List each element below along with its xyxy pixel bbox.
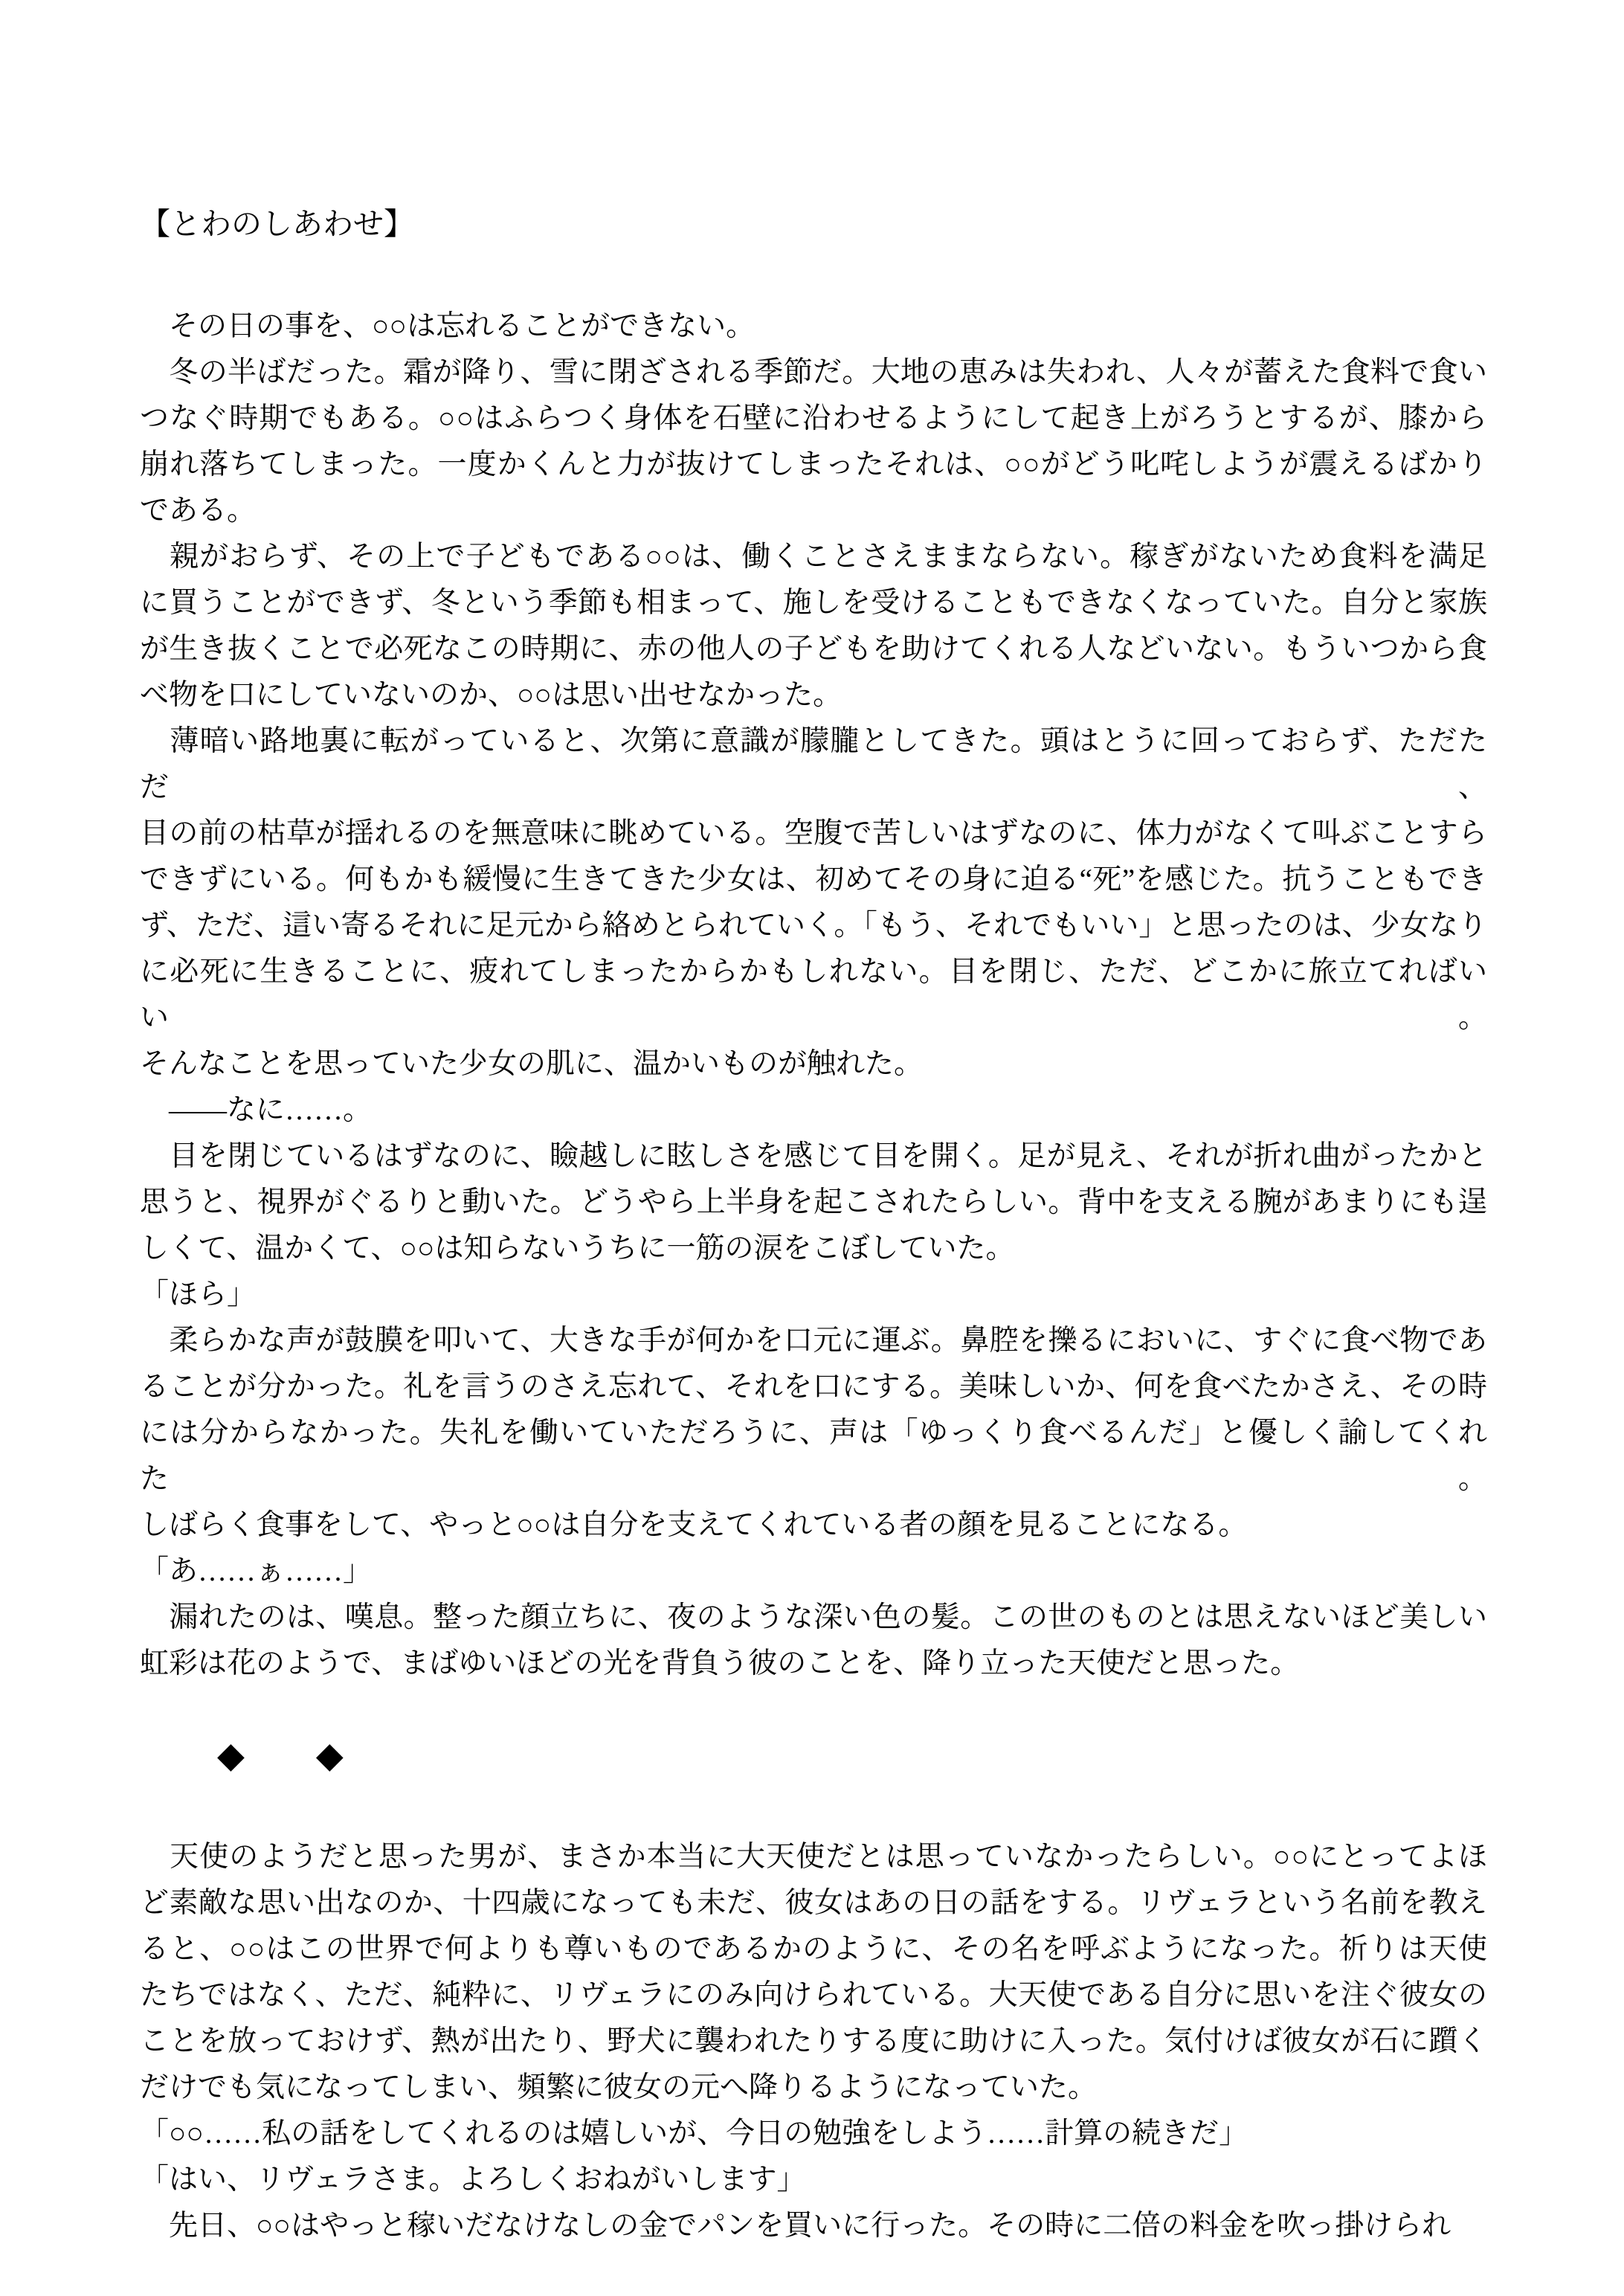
text-line: 「○○……私の話をしてくれるのは嬉しいが、今日の勉強をしよう……計算の続きだ」 [140,2111,1487,2157]
text-line: 親がおらず、その上で子どもである○○は、働くことさえままならない。稼ぎがないため… [140,534,1487,580]
text-line: しばらく食事をして、やっと○○は自分を支えてくれている者の顔を見ることになる。 [140,1502,1487,1549]
text-line: ど素敵な思い出なのか、十四歳になっても未だ、彼女はあの日の話をする。リヴェラとい… [140,1880,1487,1926]
text-line: 「ほら」 [140,1272,1487,1318]
text-line: ――なに……。 [140,1087,1487,1133]
text-line: ると、○○はこの世界で何よりも尊いものであるかのように、その名を呼ぶようになった… [140,1926,1487,1972]
text-line: ず、ただ、這い寄るそれに足元から絡めとられていく。「もう、それでもいい」と思った… [140,903,1487,949]
text-line: 目を閉じているはずなのに、瞼越しに眩しさを感じて目を開く。足が見え、それが折れ曲… [140,1133,1487,1180]
text-line: 目の前の枯草が揺れるのを無意味に眺めている。空腹で苦しいはずなのに、体力がなくて… [140,811,1487,857]
text-line: ことを放っておけず、熱が出たり、野犬に襲われたりする度に助けに入った。気付けば彼… [140,2019,1487,2065]
text-line: 「はい、リヴェラさま。よろしくおねがいします」 [140,2157,1487,2203]
text-line: つなぐ時期でもある。○○はふらつく身体を石壁に沿わせるようにして起き上がろうとす… [140,396,1487,442]
text-line: に必死に生きることに、疲れてしまったからかもしれない。目を閉じ、ただ、どこかに旅… [140,949,1487,1041]
text-line: 崩れ落ちてしまった。一度かくんと力が抜けてしまったそれは、○○がどう叱咤しようが… [140,442,1487,488]
text-line: そんなことを思っていた少女の肌に、温かいものが触れた。 [140,1041,1487,1087]
section-separator-diamonds: ◆ ◆ [140,1730,1487,1782]
text-line: 「あ……ぁ……」 [140,1549,1487,1595]
text-line: である。 [140,488,1487,534]
text-line: べ物を口にしていないのか、○○は思い出せなかった。 [140,672,1487,718]
text-line: 柔らかな声が鼓膜を叩いて、大きな手が何かを口元に運ぶ。鼻腔を擽るにおいに、すぐに… [140,1318,1487,1364]
text-line: が生き抜くことで必死なこの時期に、赤の他人の子どもを助けてくれる人などいない。も… [140,626,1487,672]
text-line: 薄暗い路地裏に転がっていると、次第に意識が朦朧としてきた。頭はとうに回っておらず… [140,718,1487,811]
document-body: その日の事を、○○は忘れることができない。 冬の半ばだった。霜が降り、雪に閉ざさ… [140,303,1487,2249]
story-title: 【とわのしあわせ】 [140,201,1487,247]
text-line: 冬の半ばだった。霜が降り、雪に閉ざされる季節だ。大地の恵みは失われ、人々が蓄えた… [140,350,1487,396]
text-line: できずにいる。何もかも緩慢に生きてきた少女は、初めてその身に迫る“死”を感じた。… [140,857,1487,903]
text-line: 思うと、視界がぐるりと動いた。どうやら上半身を起こされたらしい。背中を支える腕が… [140,1180,1487,1226]
text-line: ることが分かった。礼を言うのさえ忘れて、それを口にする。美味しいか、何を食べたか… [140,1364,1487,1410]
text-line: だけでも気になってしまい、頻繁に彼女の元へ降りるようになっていた。 [140,2065,1487,2111]
text-line: 漏れたのは、嘆息。整った顔立ちに、夜のような深い色の髪。この世のものとは思えない… [140,1595,1487,1641]
text-line: には分からなかった。失礼を働いていただろうに、声は「ゆっくり食べるんだ」と優しく… [140,1410,1487,1502]
text-line: その日の事を、○○は忘れることができない。 [140,303,1487,350]
text-line: 天使のようだと思った男が、まさか本当に大天使だとは思っていなかったらしい。○○に… [140,1834,1487,1880]
text-line: しくて、温かくて、○○は知らないうちに一筋の涙をこぼしていた。 [140,1226,1487,1272]
text-line: に買うことができず、冬という季節も相まって、施しを受けることもできなくなっていた… [140,580,1487,626]
document-page: 【とわのしあわせ】 その日の事を、○○は忘れることができない。 冬の半ばだった。… [0,0,1624,2296]
text-line: 先日、○○はやっと稼いだなけなしの金でパンを買いに行った。その時に二倍の料金を吹… [140,2203,1487,2249]
text-line: 虹彩は花のようで、まばゆいほどの光を背負う彼のことを、降り立った天使だと思った。 [140,1641,1487,1687]
text-line: たちではなく、ただ、純粋に、リヴェラにのみ向けられている。大天使である自分に思い… [140,1972,1487,2019]
